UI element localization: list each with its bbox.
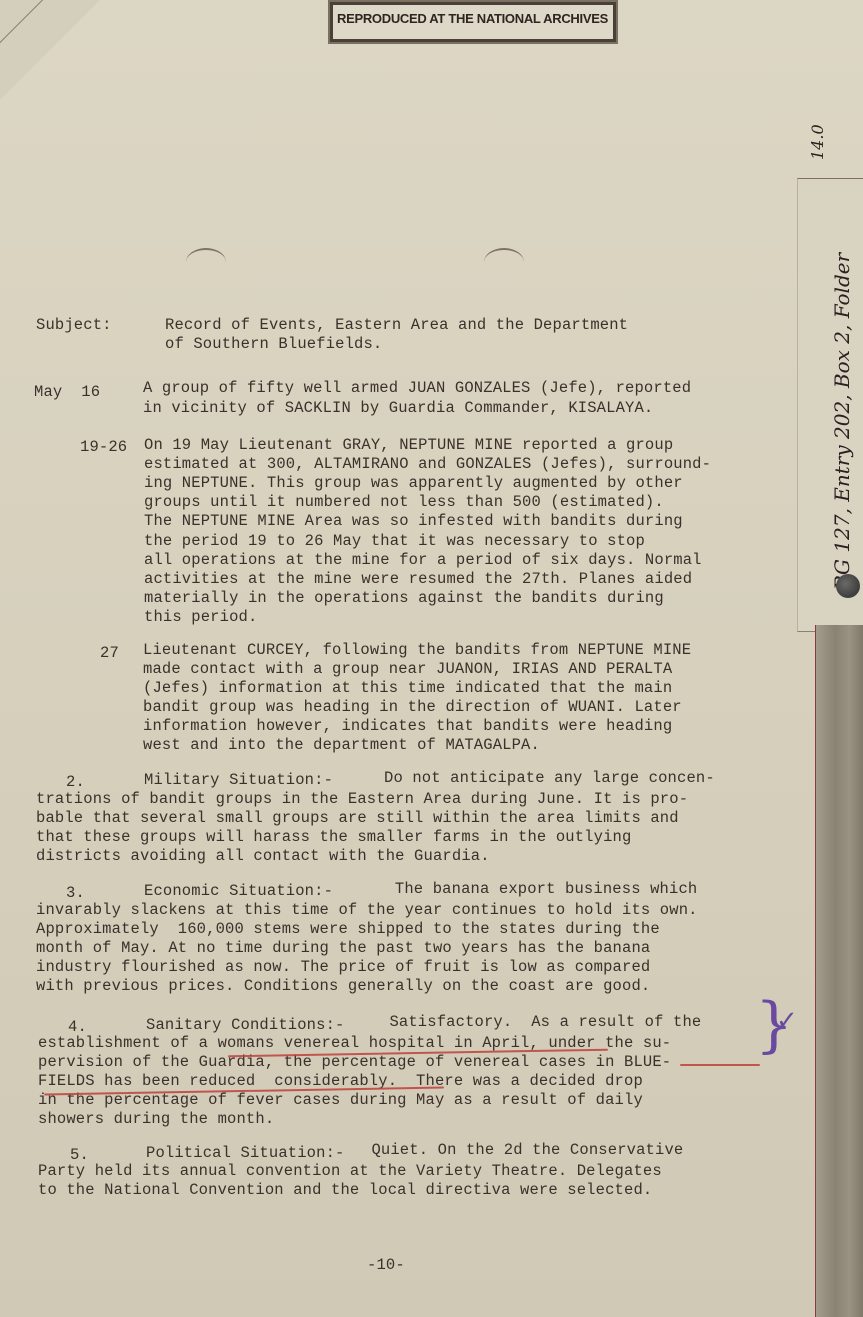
section-line: bable that several small groups are stil… [36,809,679,828]
handwritten-citation: RG 127, Entry 202, Box 2, Folder [830,253,854,590]
event-line: west and into the department of MATAGALP… [143,736,540,755]
event-line: estimated at 300, ALTAMIRANO and GONZALE… [144,455,711,474]
binding-rivet [836,574,860,598]
event-line: ing NEPTUNE. This group was apparently a… [144,474,683,493]
page-number: -10- [367,1256,405,1275]
event-date: 27 [100,644,119,663]
folded-corner [0,0,100,100]
event-line: information however, indicates that band… [143,717,672,736]
section-line: to the National Convention and the local… [38,1181,652,1200]
section-line: month of May. At no time during the past… [36,939,650,958]
event-line: (Jefes) information at this time indicat… [143,679,672,698]
section-line: industry flourished as now. The price of… [36,958,650,977]
subject-line-2: of Southern Bluefields. [165,335,382,354]
handwritten-number: 14.0 [808,124,827,160]
section-line: Do not anticipate any large concen- [384,769,715,788]
check-mark-icon: ✓ [776,1006,798,1036]
red-underline [680,1064,760,1066]
section-line: that these groups will harass the smalle… [36,828,631,847]
event-line: all operations at the mine for a period … [144,551,702,570]
event-line: made contact with a group near JUANON, I… [143,660,672,679]
event-line: activities at the mine were resumed the … [144,570,692,589]
event-line: The NEPTUNE MINE Area was so infested wi… [144,512,683,531]
punch-hole-left [186,248,226,276]
section-line: with previous prices. Conditions general… [36,977,650,996]
section-title: Political Situation:- [146,1144,344,1163]
event-line: the period 19 to 26 May that it was nece… [144,532,645,551]
section-line: The banana export business which [376,880,697,899]
event-line: groups until it numbered not less than 5… [144,493,664,512]
event-line: materially in the operations against the… [144,589,664,608]
section-line: Party held its annual convention at the … [38,1162,662,1181]
section-title: Sanitary Conditions:- [146,1016,344,1035]
event-line: A group of fifty well armed JUAN GONZALE… [143,379,691,398]
section-line: Quiet. On the 2d the Conservative [362,1141,683,1160]
event-date: May 16 [34,383,100,402]
event-date: 19-26 [80,438,127,457]
event-line: in vicinity of SACKLIN by Guardia Comman… [143,399,653,418]
section-line: districts avoiding all contact with the … [36,847,490,866]
event-line: On 19 May Lieutenant GRAY, NEPTUNE MINE … [144,436,673,455]
subject-line-1: Record of Events, Eastern Area and the D… [165,316,628,335]
section-line: pervision of the Guardia, the percentage… [38,1053,671,1072]
section-title: Economic Situation:- [144,882,333,901]
section-line: Satisfactory. As a result of the [380,1013,701,1032]
section-line: Approximately 160,000 stems were shipped… [36,920,660,939]
subject-label: Subject: [36,316,112,335]
event-line: Lieutenant CURCEY, following the bandits… [143,641,691,660]
punch-hole-right [484,248,524,276]
event-line: this period. [144,608,257,627]
archives-stamp: REPRODUCED AT THE NATIONAL ARCHIVES [330,2,616,42]
section-line: invarably slackens at this time of the y… [36,901,698,920]
event-line: bandit group was heading in the directio… [143,698,682,717]
binding-strip [815,625,863,1317]
section-line: trations of bandit groups in the Eastern… [36,790,688,809]
section-line: showers during the month. [38,1110,274,1129]
section-title: Military Situation:- [144,771,333,790]
stamp-text: REPRODUCED AT THE NATIONAL ARCHIVES [337,11,608,26]
